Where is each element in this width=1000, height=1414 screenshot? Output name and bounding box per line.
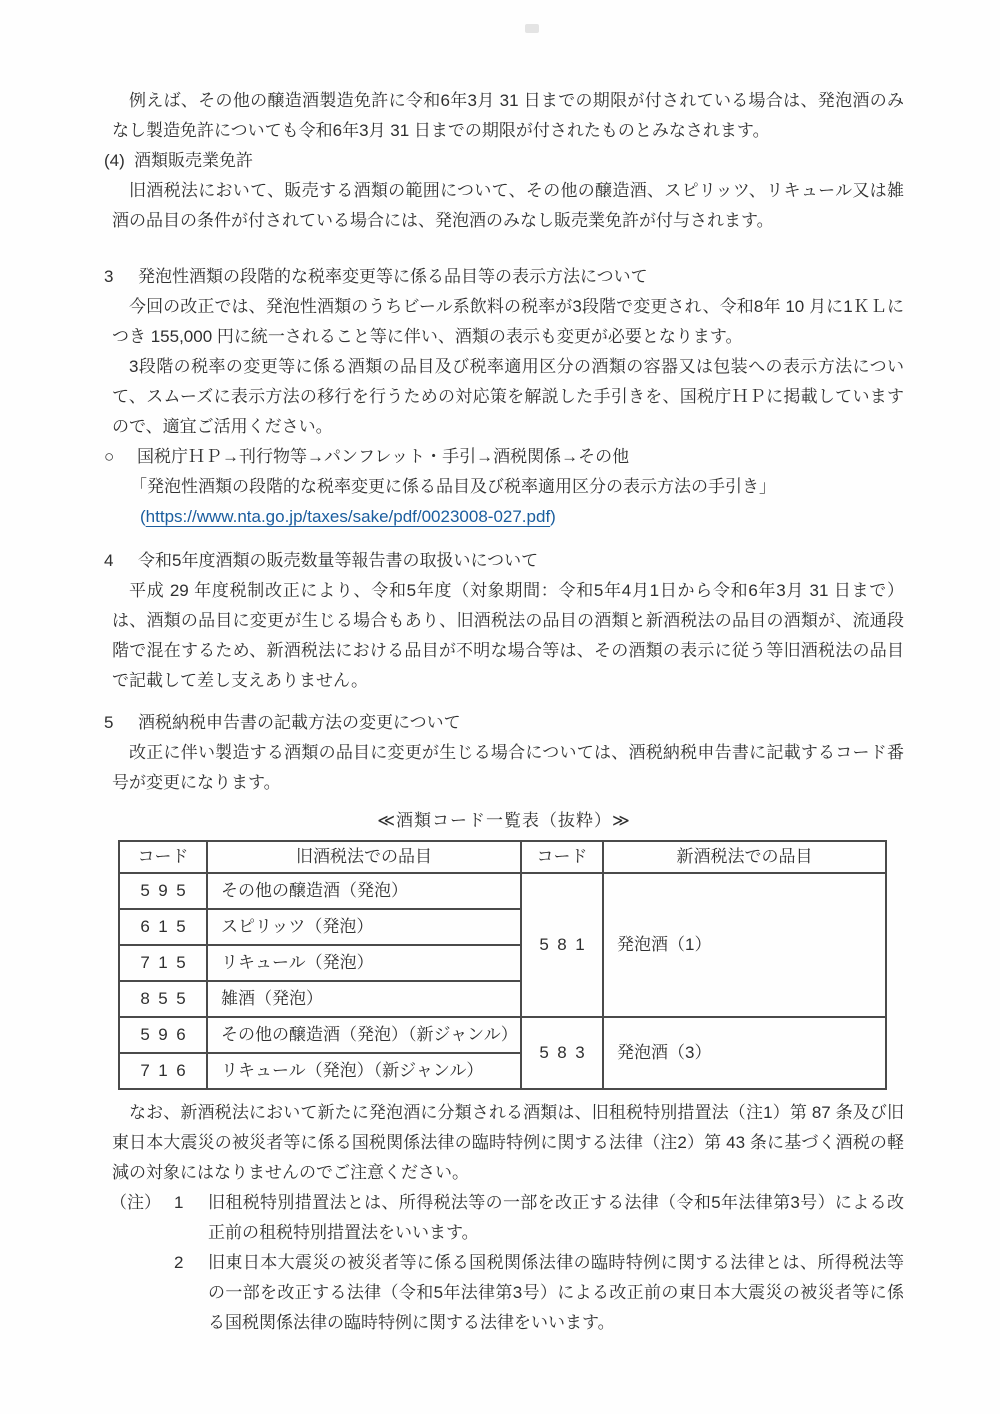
paragraph-sales-report: 平成 29 年度税制改正により、令和5年度（対象期間：令和5年4月1日から令和6…: [104, 576, 904, 696]
header-item-new: 新酒税法での品目: [603, 841, 886, 873]
section-2-continuation: 例えば、その他の醸造酒製造免許に令和6年3月 31 日までの期限が付されている場…: [104, 86, 904, 236]
nta-hp-path-text: 国税庁ＨＰ→刊行物等→パンフレット・手引→酒税関係→その他: [137, 442, 629, 472]
section-3-heading: 3 発泡性酒類の段階的な税率変更等に係る品目等の表示方法について: [104, 262, 904, 292]
code-cell: 716: [119, 1053, 207, 1089]
header-code-new: コード: [521, 841, 603, 873]
paragraph-sales-license: 旧酒税法において、販売する酒類の範囲について、その他の醸造酒、スピリッツ、リキュ…: [104, 176, 904, 236]
note-1-text: 旧租税特別措置法とは、所得税法等の一部を改正する法律（令和5年法律第3号）による…: [208, 1188, 904, 1248]
item-cell: リキュール（発泡）: [207, 945, 521, 981]
guide-link-line: (https://www.nta.go.jp/taxes/sake/pdf/00…: [104, 502, 904, 532]
header-code-old: コード: [119, 841, 207, 873]
pdf-link[interactable]: https://www.nta.go.jp/taxes/sake/pdf/002…: [146, 507, 551, 526]
paragraph-labeling-guide: 3段階の税率の変更等に係る酒類の品目及び税率適用区分の酒類の容器又は包装への表示…: [104, 352, 904, 442]
new-code-cell: 583: [521, 1017, 603, 1089]
section-4-number: 4: [104, 546, 138, 576]
section-5-heading: 5 酒税納税申告書の記載方法の変更について: [104, 708, 904, 738]
section-4-title: 令和5年度酒類の販売数量等報告書の取扱いについて: [138, 546, 904, 576]
paragraph-tax-reduction-notice: なお、新酒税法において新たに発泡酒に分類される酒類は、旧租税特別措置法（注1）第…: [104, 1098, 904, 1188]
document-page: 例えば、その他の醸造酒製造免許に令和6年3月 31 日までの期限が付されている場…: [0, 0, 1000, 1414]
guide-document-title: 「発泡性酒類の段階的な税率変更に係る品目及び税率適用区分の表示方法の手引き」: [104, 472, 904, 502]
section-5-title: 酒税納税申告書の記載方法の変更について: [138, 708, 904, 738]
code-cell: 715: [119, 945, 207, 981]
section-3-title: 発泡性酒類の段階的な税率変更等に係る品目等の表示方法について: [138, 262, 904, 292]
liquor-code-table: コード 旧酒税法での品目 コード 新酒税法での品目 595 その他の醸造酒（発泡…: [118, 840, 887, 1090]
note-1-number: 1: [174, 1188, 208, 1248]
item-cell: その他の醸造酒（発泡）: [207, 873, 521, 909]
code-cell: 615: [119, 909, 207, 945]
note-1: （注） 1 旧租税特別措置法とは、所得税法等の一部を改正する法律（令和5年法律第…: [110, 1188, 904, 1248]
section-3-number: 3: [104, 262, 138, 292]
section-5: 5 酒税納税申告書の記載方法の変更について 改正に伴い製造する酒類の品目に変更が…: [104, 708, 904, 798]
section-3: 3 発泡性酒類の段階的な税率変更等に係る品目等の表示方法について 今回の改正では…: [104, 262, 904, 532]
item-4-title: 酒類販売業免許: [134, 146, 253, 176]
paragraph-tax-rate-change: 今回の改正では、発泡性酒類のうちビール系飲料の税率が3段階で変更され、令和8年 …: [104, 292, 904, 352]
new-item-cell: 発泡酒（1）: [603, 873, 886, 1017]
note-label: （注）: [110, 1188, 174, 1248]
paragraph-tax-return-code: 改正に伴い製造する酒類の品目に変更が生じる場合については、酒税納税申告書に記載す…: [104, 738, 904, 798]
item-cell: リキュール（発泡）（新ジャンル）: [207, 1053, 521, 1089]
item-4-heading: (4) 酒類販売業免許: [104, 146, 904, 176]
new-code-cell: 581: [521, 873, 603, 1017]
paragraph-manufacture-license: 例えば、その他の醸造酒製造免許に令和6年3月 31 日までの期限が付されている場…: [104, 86, 904, 146]
table-row: 596 その他の醸造酒（発泡）（新ジャンル） 583 発泡酒（3）: [119, 1017, 886, 1053]
document-content: 例えば、その他の醸造酒製造免許に令和6年3月 31 日までの期限が付されている場…: [104, 86, 904, 1338]
item-4-number: (4): [104, 146, 134, 176]
link-close-paren: ): [550, 507, 556, 526]
scan-artifact: [525, 24, 539, 33]
note-2-text: 旧東日本大震災の被災者等に係る国税関係法律の臨時特例に関する法律とは、所得税法等…: [208, 1248, 904, 1338]
code-cell: 855: [119, 981, 207, 1017]
note-2: 2 旧東日本大震災の被災者等に係る国税関係法律の臨時特例に関する法律とは、所得税…: [110, 1248, 904, 1338]
section-5-number: 5: [104, 708, 138, 738]
code-cell: 596: [119, 1017, 207, 1053]
table-row: 595 その他の醸造酒（発泡） 581 発泡酒（1）: [119, 873, 886, 909]
notes-block: （注） 1 旧租税特別措置法とは、所得税法等の一部を改正する法律（令和5年法律第…: [104, 1188, 904, 1338]
item-cell: 雑酒（発泡）: [207, 981, 521, 1017]
note-2-number: 2: [174, 1248, 208, 1338]
table-header-row: コード 旧酒税法での品目 コード 新酒税法での品目: [119, 841, 886, 873]
item-cell: その他の醸造酒（発泡）（新ジャンル）: [207, 1017, 521, 1053]
section-4-heading: 4 令和5年度酒類の販売数量等報告書の取扱いについて: [104, 546, 904, 576]
header-item-old: 旧酒税法での品目: [207, 841, 521, 873]
nta-hp-path: ○ 国税庁ＨＰ→刊行物等→パンフレット・手引→酒税関係→その他: [104, 442, 904, 472]
note-label-spacer: [110, 1248, 174, 1338]
circle-bullet-icon: ○: [104, 442, 137, 472]
item-cell: スピリッツ（発泡）: [207, 909, 521, 945]
code-cell: 595: [119, 873, 207, 909]
code-table-title: ≪酒類コード一覧表（抜粋）≫: [104, 806, 904, 836]
new-item-cell: 発泡酒（3）: [603, 1017, 886, 1089]
section-4: 4 令和5年度酒類の販売数量等報告書の取扱いについて 平成 29 年度税制改正に…: [104, 546, 904, 696]
